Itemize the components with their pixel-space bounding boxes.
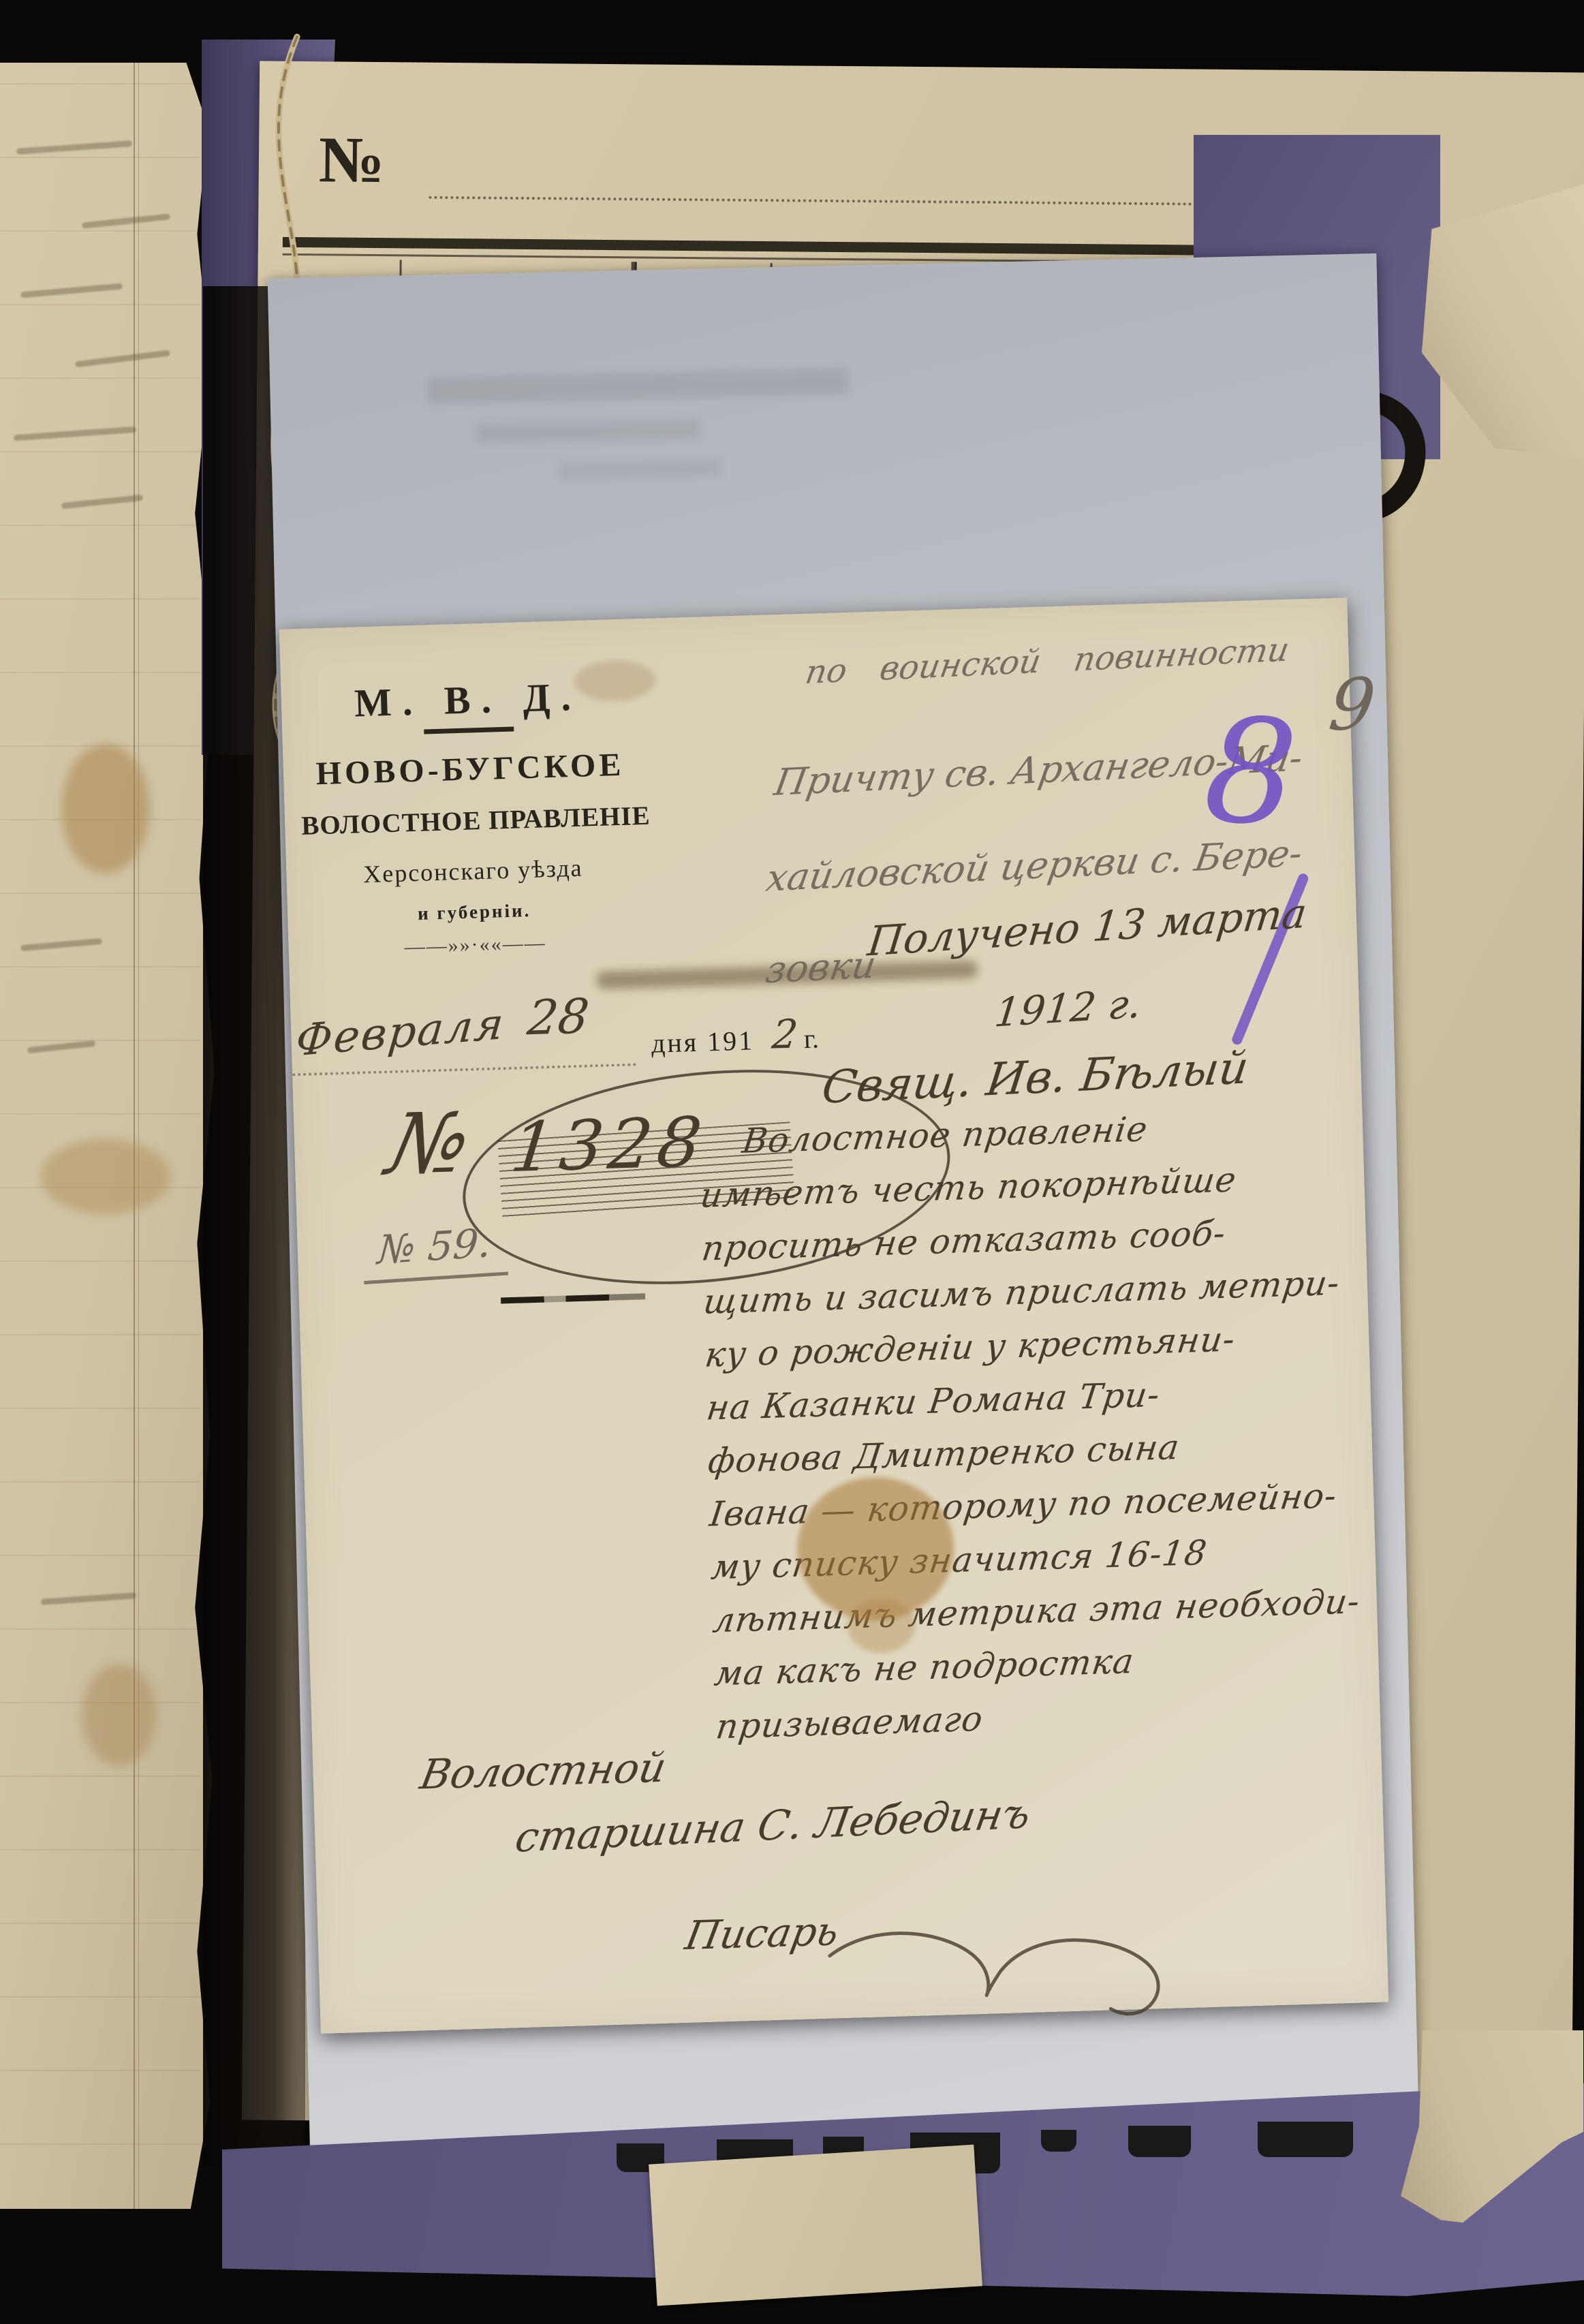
marker-dot [1041, 2130, 1076, 2152]
registry-number-underline [364, 1271, 508, 1284]
registry-number: № 59. [376, 1220, 493, 1273]
paper-stain [41, 1139, 170, 1214]
bleed-smudge [558, 459, 722, 480]
paper-stain [61, 744, 150, 873]
letterhead-volost-name: НОВО-БУГСКОЕ [299, 745, 640, 793]
paper-stain [82, 1664, 157, 1766]
signature-title-line: Волостной [416, 1744, 670, 1799]
date-year-digit-handwritten: 2 [770, 1010, 800, 1057]
left-page-stack [0, 63, 217, 2209]
marker-dot [1258, 2122, 1353, 2157]
letterhead-uyezd: Херсонскаго уѣзда [302, 852, 644, 890]
letterhead-office: ВОЛОСТНОЕ ПРАВЛЕНІЕ [301, 801, 642, 841]
received-priest-signature: Свящ. Ив. Бѣлый [819, 1041, 1252, 1114]
page-vertical-rule [134, 63, 139, 2209]
page-ruled-lines [0, 83, 200, 2182]
bleed-smudge [476, 418, 701, 444]
letterhead-underline [424, 727, 514, 734]
date-month-handwritten: Февраля [294, 999, 507, 1066]
outgoing-number-symbol: № [379, 1094, 480, 1193]
letterhead: М. В. Д. НОВО-БУГСКОЕ ВОЛОСТНОЕ ПРАВЛЕНІ… [297, 672, 646, 962]
marker-dot [1128, 2126, 1191, 2157]
annotation-line-1: по воинской повинности [803, 630, 1292, 692]
letterhead-guberniya: и губерніи. [304, 897, 645, 928]
ledger-dotted-line [429, 196, 1301, 206]
received-line-2: 1912 г. [993, 980, 1144, 1036]
tape-patch [649, 2145, 982, 2306]
bleed-smudge [426, 368, 850, 405]
archival-photo: № М. В [0, 0, 1584, 2324]
starshina-signature: старшина С. Лебединъ [512, 1790, 1034, 1862]
printed-short-rule [501, 1293, 645, 1303]
annotation-line-4: зовки [762, 943, 879, 991]
clerk-signature-flourish [821, 1883, 1207, 2045]
date-dotted-line [292, 1063, 636, 1076]
letterhead-ornament: ——»»·««—— [305, 929, 646, 962]
pencil-numeral: 9 [1325, 662, 1380, 747]
ink-stain [573, 659, 656, 702]
date-printed-prefix: дня 191 [651, 1024, 754, 1059]
clerk-signature-label: Писарь [682, 1908, 843, 1959]
purple-numeral: 8 [1200, 685, 1302, 858]
received-line-1: Получено 13 марта [865, 890, 1309, 966]
letter-sheet: М. В. Д. НОВО-БУГСКОЕ ВОЛОСТНОЕ ПРАВЛЕНІ… [279, 598, 1388, 2034]
date-printed-suffix: г. [803, 1022, 819, 1055]
letter-body: Волостное правленіе имѣетъ честь покорнѣ… [698, 1103, 1370, 1760]
date-day-handwritten: 28 [525, 988, 591, 1046]
